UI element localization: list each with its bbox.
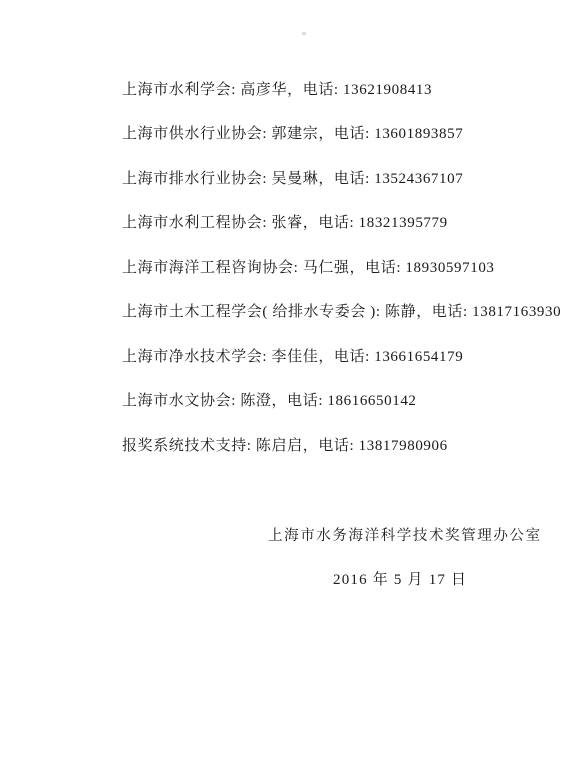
contact-line-gongshui-xiehui: 上海市供水行业协会: 郭建宗，电话: 13601893857 [122,111,536,156]
contact-line-paishui-xiehui: 上海市排水行业协会: 吴曼琳，电话: 13524367107 [122,155,536,200]
contact-line-shuili-gongcheng-xiehui: 上海市水利工程协会: 张睿，电话: 18321395779 [122,200,536,245]
scanned-document-page: 上海市水利学会: 高彦华，电话: 13621908413 上海市供水行业协会: … [0,0,576,768]
contact-line-shuiwen-xiehui: 上海市水文协会: 陈澄，电话: 18616650142 [122,378,536,423]
contact-line-haiyang-zixun-xiehui: 上海市海洋工程咨询协会: 马仁强，电话: 18930597103 [122,244,536,289]
document-date: 2016 年 5 月 17 日 [333,568,467,589]
contact-line-shuili-xuehui: 上海市水利学会: 高彦华，电话: 13621908413 [122,66,536,111]
scan-artifact-speck [302,32,306,35]
contact-line-jingshui-jishu-xuehui: 上海市净水技术学会: 李佳佳，电话: 13661654179 [122,333,536,378]
contact-list: 上海市水利学会: 高彦华，电话: 13621908413 上海市供水行业协会: … [122,66,536,467]
signature-office-name: 上海市水务海洋科学技术奖管理办公室 [268,524,542,545]
contact-line-baojiang-jishu-zhichi: 报奖系统技术支持: 陈启启，电话: 13817980906 [122,422,536,467]
contact-line-tumu-gongcheng-xuehui: 上海市土木工程学会( 给排水专委会 ): 陈静，电话: 13817163930 [122,289,536,334]
